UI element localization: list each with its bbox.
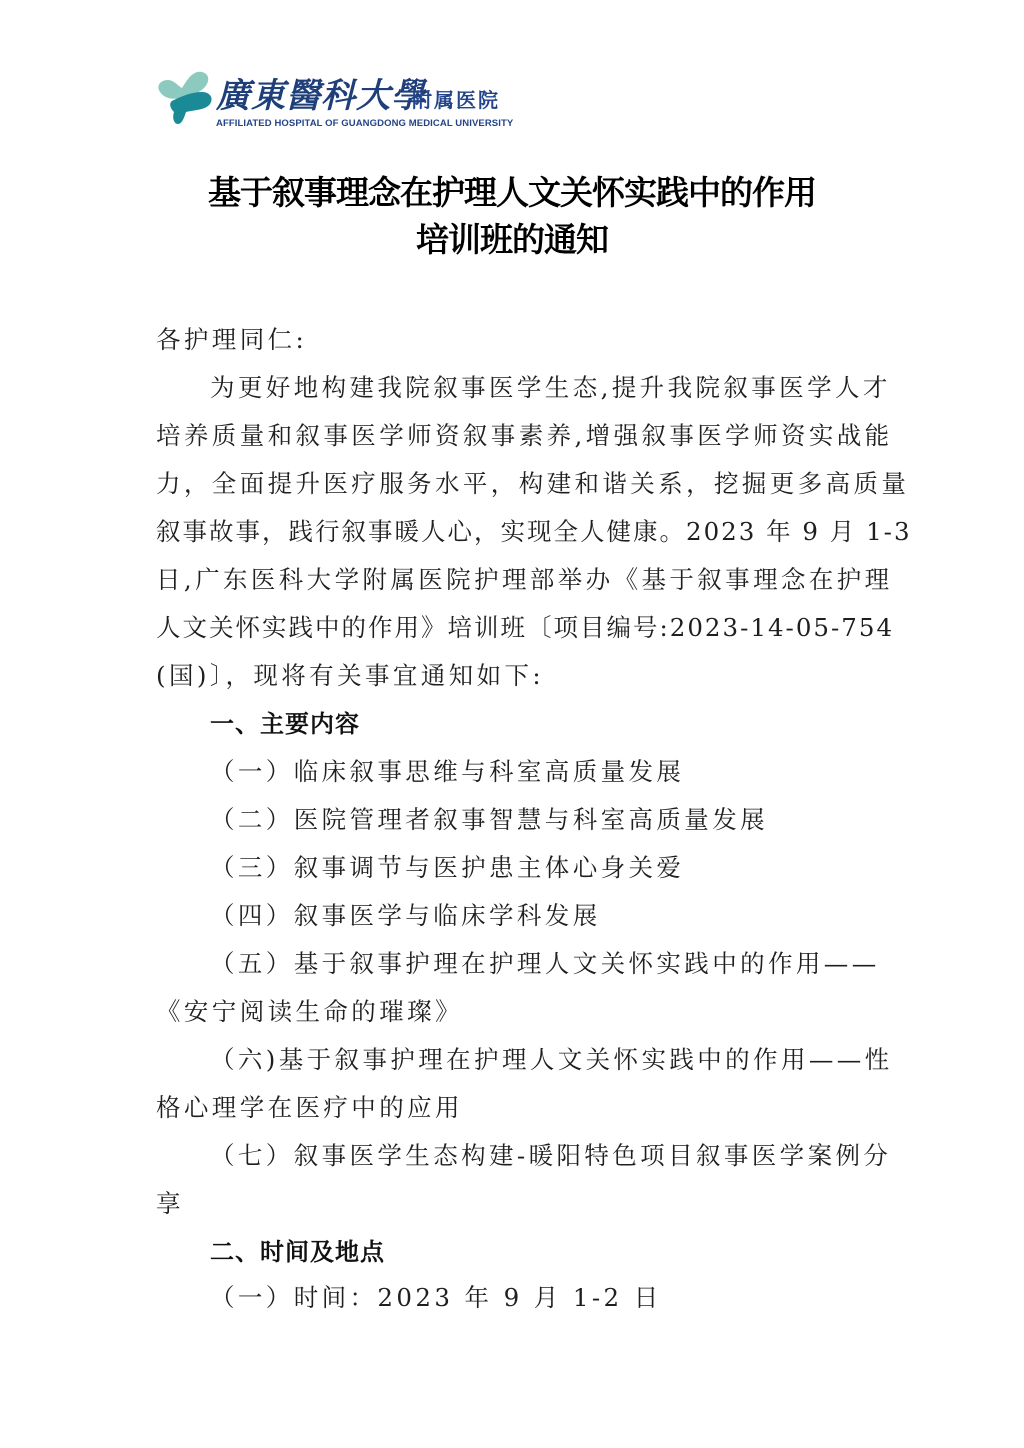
- content-item-continuation: 享: [156, 1184, 184, 1224]
- intro-line: (国)〕，现将有关事宜通知如下:: [156, 656, 544, 696]
- content-item: （一）临床叙事思维与科室高质量发展: [210, 752, 684, 792]
- content-item: （二）医院管理者叙事智慧与科室高质量发展: [210, 800, 768, 840]
- salutation: 各护理同仁:: [156, 320, 307, 360]
- section-heading-main-content: 一、主要内容: [210, 704, 360, 744]
- hospital-logo-mark-icon: [152, 66, 214, 126]
- logo-chinese-name: 廣東醫科大學: [216, 68, 426, 117]
- hospital-logo: 廣東醫科大學 附属医院 AFFILIATED HOSPITAL OF GUANG…: [150, 62, 520, 134]
- content-item-continuation: 格心理学在医疗中的应用: [156, 1088, 463, 1128]
- intro-line: 日,广东医科大学附属医院护理部举办《基于叙事理念在护理: [156, 560, 893, 600]
- section-heading-time-place: 二、时间及地点: [210, 1232, 385, 1272]
- time-item: （一）时间：2023 年 9 月 1-2 日: [210, 1278, 662, 1318]
- content-item: （五）基于叙事护理在护理人文关怀实践中的作用——: [210, 944, 880, 984]
- intro-line: 力，全面提升医疗服务水平，构建和谐关系，挖掘更多高质量: [156, 464, 909, 504]
- content-item: （七）叙事医学生态构建-暖阳特色项目叙事医学案例分: [210, 1136, 891, 1176]
- content-item: （三）叙事调节与医护患主体心身关爱: [210, 848, 684, 888]
- logo-chinese-subtitle: 附属医院: [412, 84, 500, 113]
- document-title-line1: 基于叙事理念在护理人文关怀实践中的作用: [0, 168, 1024, 218]
- content-item: （四）叙事医学与临床学科发展: [210, 896, 601, 936]
- content-item-continuation: 《安宁阅读生命的璀璨》: [156, 992, 463, 1032]
- logo-english-name: AFFILIATED HOSPITAL OF GUANGDONG MEDICAL…: [216, 118, 513, 129]
- document-title-line2: 培训班的通知: [0, 215, 1024, 265]
- content-item: （六)基于叙事护理在护理人文关怀实践中的作用——性: [210, 1040, 893, 1080]
- intro-line: 叙事故事，践行叙事暖人心，实现全人健康。2023 年 9 月 1-3: [156, 512, 912, 552]
- intro-line: 培养质量和叙事医学师资叙事素养,增强叙事医学师资实战能: [156, 416, 893, 456]
- intro-line: 为更好地构建我院叙事医学生态,提升我院叙事医学人才: [210, 368, 891, 408]
- intro-line: 人文关怀实践中的作用》培训班〔项目编号:2023-14-05-754: [156, 608, 894, 648]
